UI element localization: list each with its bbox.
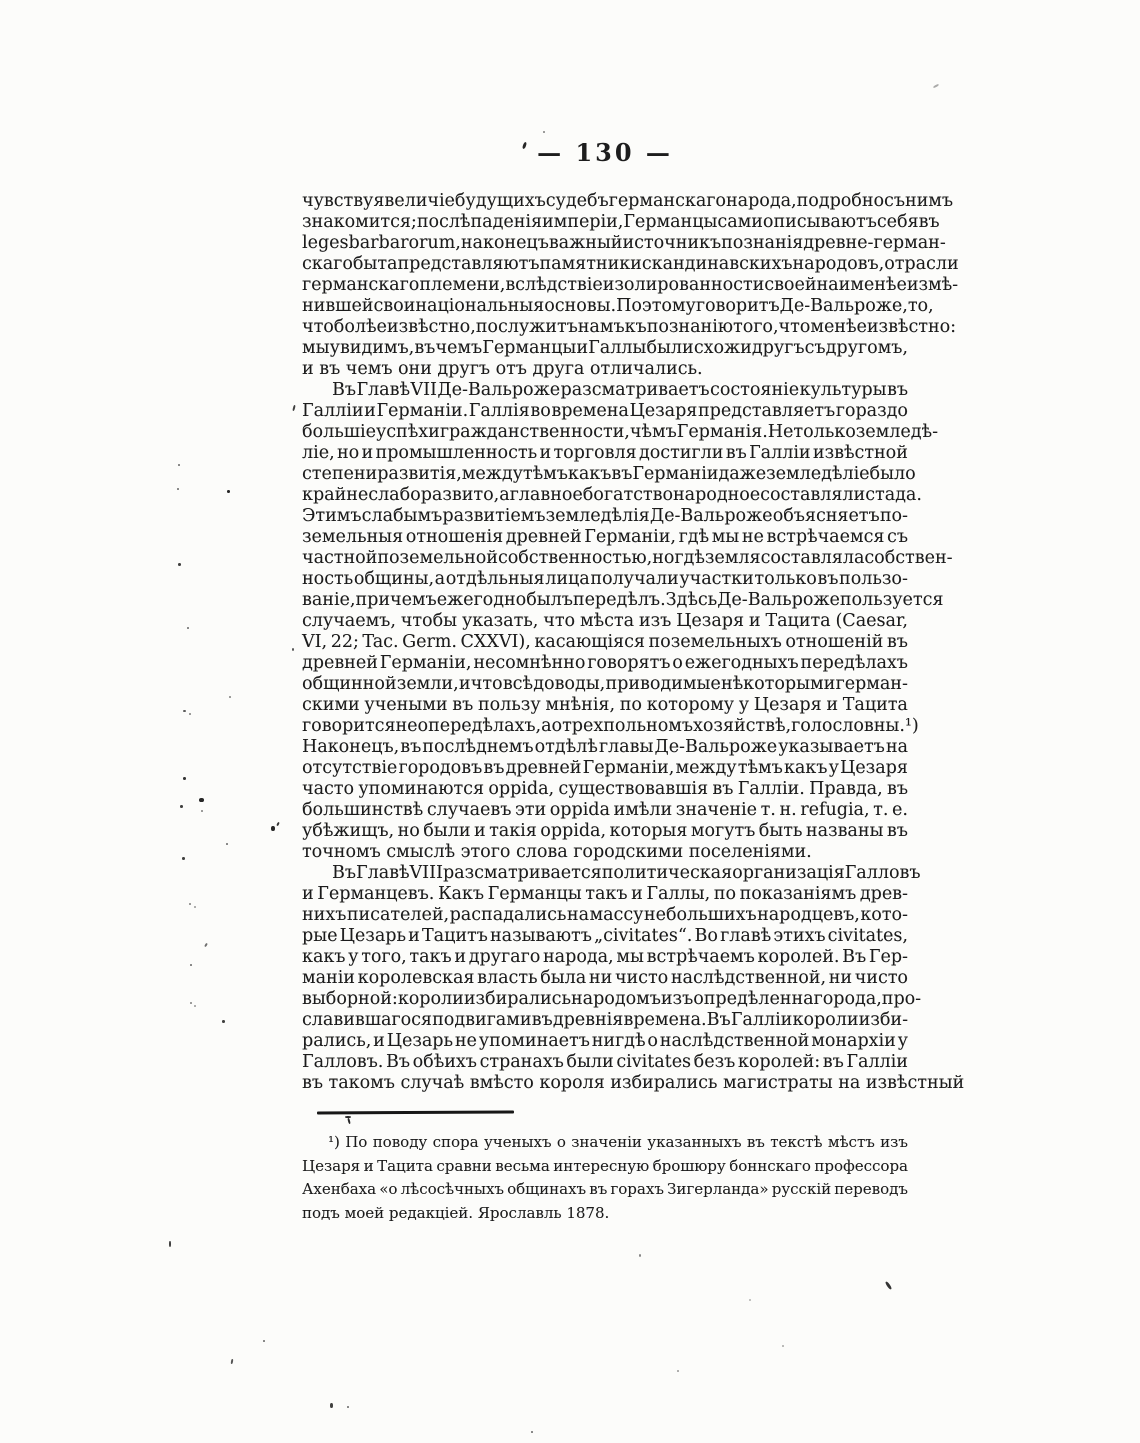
text-line: ностьобщины,аотдѣльныялицаполучалиучастк… — [302, 569, 908, 590]
ink-speck — [189, 713, 191, 715]
text-line: славившагосяподвигамивъдревніявремена.Въ… — [302, 1010, 908, 1031]
text-line: чувствуявеличіебудущихъсудебъгерманскаго… — [302, 191, 908, 212]
ink-speck — [531, 1431, 533, 1433]
text-line: большіеуспѣхигражданственности,чѣмъГерма… — [302, 422, 908, 443]
text-line: отсутствіегородовъвъдревнейГерманіи,межд… — [302, 758, 908, 779]
text-line: Ахенбаха«олѣсосѣчныхъобщинахъвъгорахъЗиг… — [302, 1178, 908, 1202]
ink-speck — [190, 964, 192, 966]
text-line: ЭтимъслабымъразвитіемъземледѣліяДе-Вальр… — [302, 506, 908, 527]
text-line: общиннойземли,ичтовсѣдоводы,приводимыенѣ… — [302, 674, 908, 695]
ink-speck — [677, 1370, 679, 1372]
ink-speck — [182, 857, 185, 860]
ink-speck — [231, 1359, 234, 1364]
text-line: скагобытапредставляютъпамятникискандинав… — [302, 254, 908, 275]
text-line: нихъписателей,распадалисьнамассунебольши… — [302, 905, 908, 926]
ink-speck — [933, 84, 939, 89]
ink-speck — [229, 696, 231, 698]
text-line: VI,22;Tac.Germ.CXXVI),касающіясяпоземель… — [302, 632, 908, 653]
text-line: древнейГерманіи,несомнѣнноговорятъоежего… — [302, 653, 908, 674]
text-line: крайнеслаборазвито,аглавноебогатствонаро… — [302, 485, 908, 506]
text-line: убѣжищъ,нобылиитакіяoppida,которыямогутъ… — [302, 821, 908, 842]
text-line: маніикоролевскаявластьбыланичистонаслѣдс… — [302, 968, 908, 989]
ink-speck — [169, 1241, 171, 1247]
ink-speck — [347, 1406, 349, 1408]
ink-speck — [276, 822, 280, 826]
ink-speck — [180, 805, 183, 808]
page-body-text: чувствуявеличіебудущихъсудебъгерманскаго… — [302, 191, 908, 1094]
text-line: рыеЦезарьиТацитъназываютъ„civitates“.Вог… — [302, 926, 908, 947]
ink-speck — [178, 464, 180, 466]
ink-speck — [292, 405, 295, 411]
ink-speck — [227, 490, 230, 493]
ink-speck — [347, 1118, 350, 1124]
ink-speck — [292, 648, 294, 651]
scanned-book-page: — 130 — чувствуявеличіебудущихъсудебъгер… — [0, 0, 1140, 1443]
text-line: рались,иЦезарьнеупоминаетънигдѣонаслѣдст… — [302, 1031, 908, 1052]
ink-speck — [222, 1020, 225, 1023]
ink-speck — [226, 843, 228, 845]
text-line: ¹)Поповодуспораученыхъозначеніиуказанных… — [302, 1131, 908, 1155]
text-line: мыувидимъ,въчемъГерманцыиГаллыбылисхожид… — [302, 338, 908, 359]
ink-speck — [204, 943, 208, 947]
text-line: скимиученымивъпользумнѣнія,покоторомууЦе… — [302, 695, 908, 716]
text-line: выборной:королиизбиралисьнародомъизъопре… — [302, 989, 908, 1010]
ink-speck — [271, 826, 275, 831]
text-line: точномъ смыслѣ этого слова городскими по… — [302, 842, 908, 863]
text-line: ВъГлавѣVIIIразсматриваетсяполитическаяор… — [302, 863, 908, 884]
page-number: — 130 — — [302, 138, 908, 167]
text-line: legesbarbarorum,наконецъважныйисточникъп… — [302, 233, 908, 254]
text-line: ГалліииГерманіи.ГалліявовременаЦезаряпре… — [302, 401, 908, 422]
text-line: чтоболѣеизвѣстно,послужитънамъкъпознанію… — [302, 317, 908, 338]
ink-speck — [639, 1254, 641, 1257]
ink-speck — [183, 777, 186, 780]
text-line: иГерманцевъ.КакъГерманцытакъиГаллы,попок… — [302, 884, 908, 905]
ink-speck — [194, 906, 196, 908]
text-line: Галловъ.Въобѣихъстранахъбылиcivitatesбез… — [302, 1052, 908, 1073]
text-line: нившейсвоинаціональныяосновы.Поэтомугово… — [302, 296, 908, 317]
text-line: Наконецъ,въпослѣднемъотдѣлѣглавыДе-Вальр… — [302, 737, 908, 758]
ink-speck — [201, 810, 203, 812]
ink-speck — [749, 1299, 751, 1301]
text-line: знакомится;послѣпаденіяимперіи,Германцыс… — [302, 212, 908, 233]
ink-speck — [543, 131, 545, 133]
text-line: ЦезаряиТацитасравнивесьмаинтереснуюброшю… — [302, 1155, 908, 1179]
text-line: ваніе,причемъежегоднобылъпередѣлъ.ЗдѣсьД… — [302, 590, 908, 611]
footnote-separator-rule — [317, 1110, 514, 1114]
text-line: земельныяотношеніядревнейГерманіи,гдѣмын… — [302, 527, 908, 548]
text-line: германскагоплемени,вслѣдствіеизолированн… — [302, 275, 908, 296]
ink-speck — [183, 710, 186, 712]
ink-speck — [330, 1403, 333, 1408]
ink-speck — [178, 563, 181, 566]
text-line: частоупоминаютсяoppida,существовавшіявъГ… — [302, 779, 908, 800]
ink-speck — [187, 627, 189, 629]
ink-speck — [194, 1005, 196, 1007]
text-line: какъутого,такъидругагонарода,мывстрѣчаем… — [302, 947, 908, 968]
text-line: въ такомъ случаѣ вмѣсто короля избиралис… — [302, 1073, 908, 1094]
ink-speck — [263, 1340, 265, 1342]
ink-speck — [177, 488, 179, 490]
text-line: говоритсянеопередѣлахъ,аотрехпольномъхоз… — [302, 716, 908, 737]
ink-speck — [885, 1281, 893, 1290]
text-line: ліе,ноипромышленностьиторговлядостигливъ… — [302, 443, 908, 464]
text-line: и въ чемъ они другъ отъ друга отличались… — [302, 359, 908, 380]
ink-speck — [782, 1345, 784, 1347]
text-line: степениразвитія,междутѣмъкакъвъГерманіид… — [302, 464, 908, 485]
text-line: подъ моей редакціей. Ярославль 1878. — [302, 1202, 908, 1226]
ink-speck — [190, 1002, 192, 1004]
text-line: ВъГлавѣVIIДе-Вальрожеразсматриваетъсосто… — [302, 380, 908, 401]
text-line: большинствѣслучаевъэтиoppidaимѣлизначені… — [302, 800, 908, 821]
text-line: частнойпоземельнойсобственностью,ногдѣзе… — [302, 548, 908, 569]
ink-speck — [189, 903, 191, 905]
ink-speck — [199, 798, 204, 802]
footnote-text: ¹)Поповодуспораученыхъозначеніиуказанных… — [302, 1131, 908, 1225]
text-line: случаемъ,чтобыуказать,чтомѣстаизъЦезаряи… — [302, 611, 908, 632]
